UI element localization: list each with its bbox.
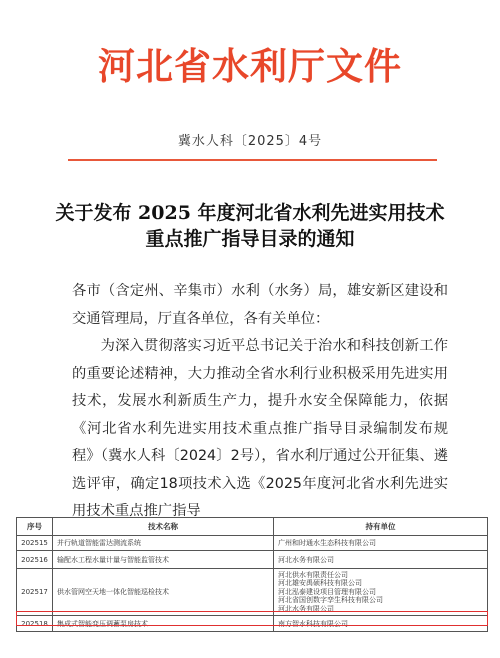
owner-line: 河北水务有限公司 (278, 605, 483, 614)
row-tech-name: 供水管网空天地一体化智能巡检技术 (53, 569, 274, 616)
subject-line-2: 重点推广指导目录的通知 (0, 226, 500, 252)
header-red-rule (68, 159, 437, 161)
table-row-highlighted: 202518 集成式智能变压调蓄泵房技术 南方智水科技有限公司 (17, 616, 488, 632)
header-seq: 序号 (17, 518, 53, 536)
document-number: 冀水人科〔2025〕4号 (0, 130, 500, 149)
owner-line: 河北省国创数字孪生科技有限公司 (278, 596, 483, 605)
row-tech-name: 输配水工程水量计量与智能监管技术 (53, 551, 274, 569)
table-row: 202516 输配水工程水量计量与智能监管技术 河北水务有限公司 (17, 551, 488, 569)
header-owner: 持有单位 (274, 518, 488, 536)
row-owner: 河北水务有限公司 (274, 551, 488, 569)
row-tech-name: 集成式智能变压调蓄泵房技术 (53, 616, 274, 632)
technology-table: 序号 技术名称 持有单位 202515 并行轨道智能雷达测流系统 广州和时通水生… (16, 517, 488, 632)
owner-line: 河北泓泰建设项目管理有限公司 (278, 588, 483, 597)
document-header-title: 河北省水利厅文件 (0, 42, 500, 90)
row-id: 202516 (17, 551, 53, 569)
row-id: 202517 (17, 569, 53, 616)
owner-line: 河北雄安禹硕科技有限公司 (278, 579, 483, 588)
body-paragraph-1: 为深入贯彻落实习近平总书记关于治水和科技创新工作的重要论述精神，大力推动全省水利… (72, 333, 448, 526)
notice-body: 各市（含定州、辛集市）水利（水务）局，雄安新区建设和交通管理局，厅直各单位，各有… (72, 278, 448, 526)
owner-line: 河北供水有限责任公司 (278, 571, 483, 580)
table-row: 202517 供水管网空天地一体化智能巡检技术 河北供水有限责任公司 河北雄安禹… (17, 569, 488, 616)
notice-subject: 关于发布 2025 年度河北省水利先进实用技术 重点推广指导目录的通知 (0, 200, 500, 252)
table-header-row: 序号 技术名称 持有单位 (17, 518, 488, 536)
addressee: 各市（含定州、辛集市）水利（水务）局，雄安新区建设和交通管理局，厅直各单位，各有… (72, 278, 448, 333)
row-id: 202515 (17, 536, 53, 551)
row-owners: 河北供水有限责任公司 河北雄安禹硕科技有限公司 河北泓泰建设项目管理有限公司 河… (274, 569, 488, 616)
subject-line-1: 关于发布 2025 年度河北省水利先进实用技术 (0, 200, 500, 226)
document-page: 河北省水利厅文件 冀水人科〔2025〕4号 关于发布 2025 年度河北省水利先… (0, 0, 500, 658)
row-id: 202518 (17, 616, 53, 632)
row-tech-name: 并行轨道智能雷达测流系统 (53, 536, 274, 551)
table-row: 202515 并行轨道智能雷达测流系统 广州和时通水生态科技有限公司 (17, 536, 488, 551)
header-tech-name: 技术名称 (53, 518, 274, 536)
row-owner: 广州和时通水生态科技有限公司 (274, 536, 488, 551)
row-owner: 南方智水科技有限公司 (274, 616, 488, 632)
